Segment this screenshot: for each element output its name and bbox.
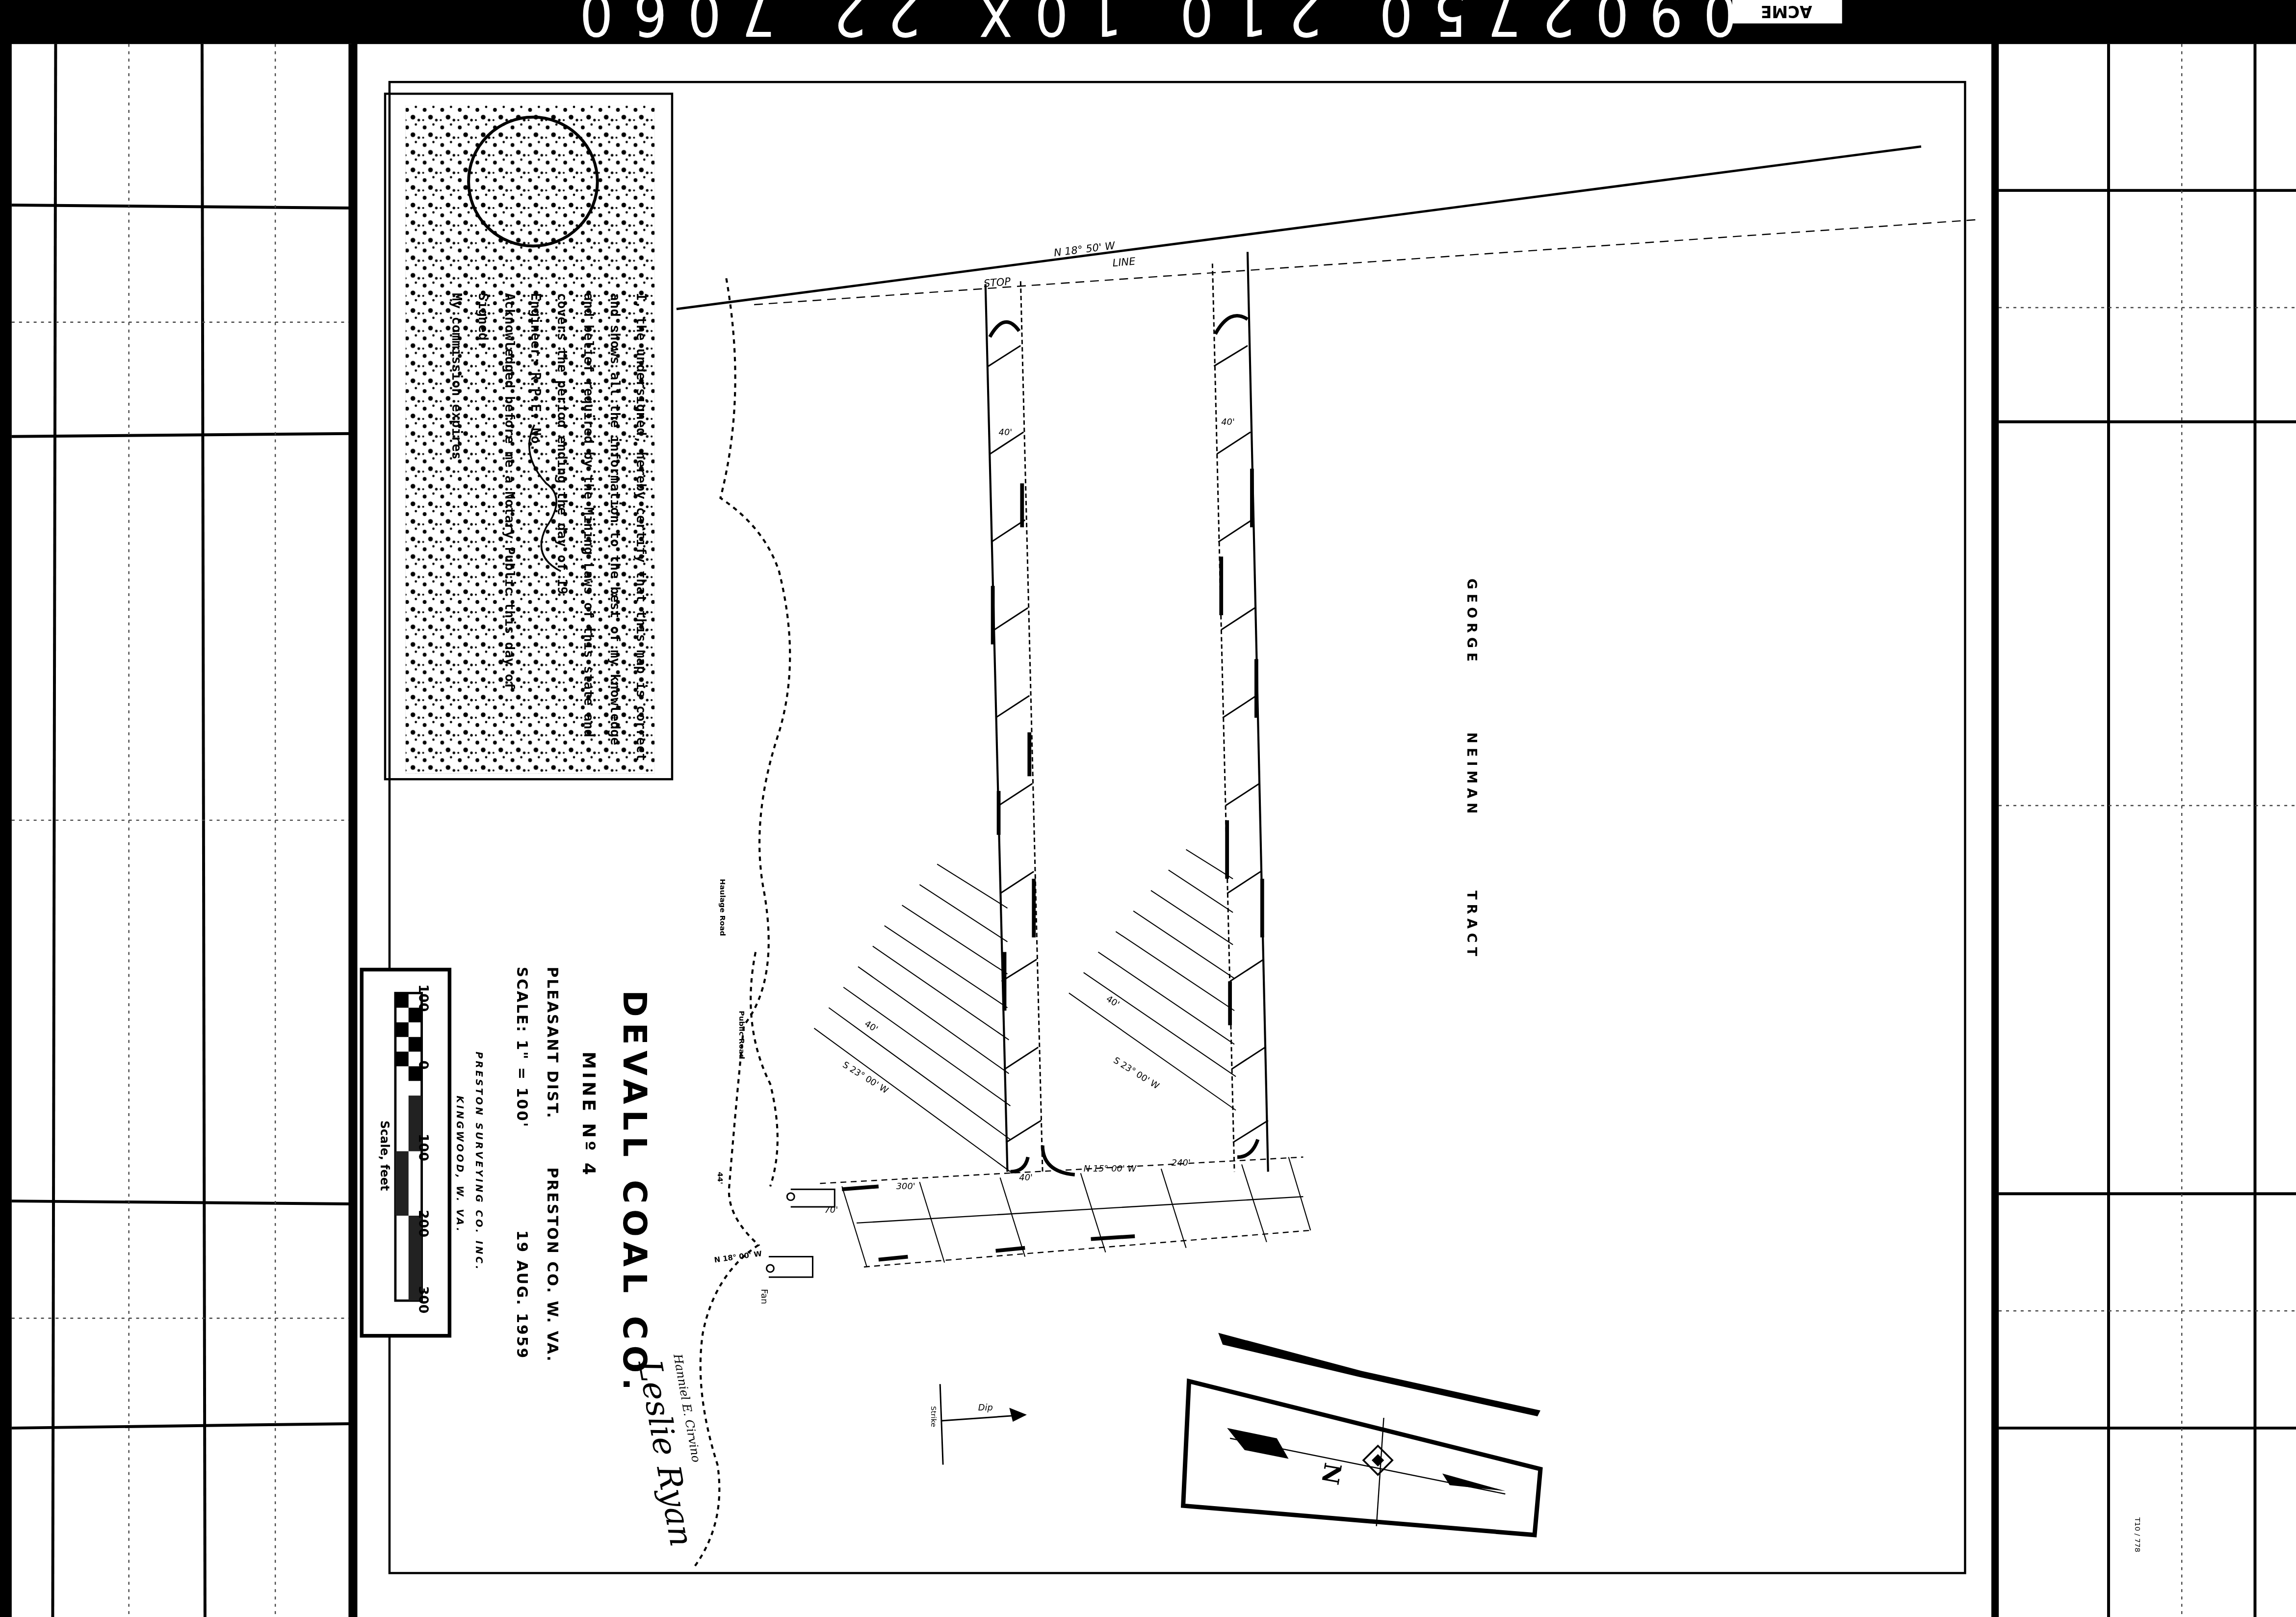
left-grid-paper: [12, 44, 351, 1617]
stop-label: STOP: [983, 275, 1011, 289]
reel-number: 0902750 210 10X 22 7060: [559, 0, 1737, 48]
fan-label: Fan: [759, 1289, 769, 1304]
cert-line-2: and shows all the information to the bes…: [607, 293, 623, 745]
tract-word-george: GEORGE: [1464, 578, 1479, 666]
certificate-block: I, the undersigned, hereby certify that …: [385, 94, 672, 779]
cert-line-7: Signed:: [475, 293, 491, 348]
dip-label: Dip: [978, 1403, 993, 1413]
surveyor-name: PRESTON SURVEYING CO. INC.: [473, 1052, 485, 1272]
scale-tick-200: 200: [416, 1210, 431, 1237]
surveyor-location: KINGWOOD, W. VA.: [454, 1095, 466, 1233]
dim-40-mid: 40': [1019, 1173, 1033, 1183]
film-header: 0902750 210 10X 22 7060 ACME: [0, 0, 2296, 48]
cert-line-8: My commission expires: [449, 293, 464, 460]
mine-number: MINE Nº 4: [578, 1052, 599, 1178]
road-label-public: Public Road: [737, 1011, 746, 1059]
bearing-bottom: N 15° 00' W: [1084, 1164, 1137, 1174]
scale-bar: 100 0 100 200 300 Scale, feet: [362, 969, 449, 1335]
tract-label: GEORGE NEIMAN TRACT: [1464, 578, 1479, 961]
film-edge-right: [1991, 44, 1999, 1617]
cert-line-4: covers the period ending the day of 19: [554, 293, 570, 595]
cert-line-1: I, the undersigned, hereby certify that …: [633, 293, 649, 761]
tract-word-tract: TRACT: [1464, 890, 1479, 961]
tract-word-neiman: NEIMAN: [1464, 732, 1479, 818]
road-label-haulage: Haulage Road: [718, 879, 727, 936]
district: PLEASANT DIST.: [544, 966, 561, 1119]
dim-240: 240': [1172, 1158, 1191, 1168]
scale-tick-0: 0: [416, 1061, 431, 1070]
cert-line-6: Acknowledged before me a Notary Public t…: [502, 293, 517, 690]
right-entry-width: 40': [1221, 417, 1235, 427]
film-tag-label: ACME: [1761, 2, 1812, 21]
sheet-reference: T10 / 778: [2133, 1517, 2142, 1552]
dim-44: 44': [716, 1172, 725, 1184]
map-scale: SCALE: 1" = 100': [513, 966, 530, 1128]
scale-tick-100: 100: [416, 1134, 431, 1161]
company-name: DEVALL COAL CO.: [616, 990, 653, 1396]
line-label: LINE: [1112, 255, 1136, 269]
survey-date: 19 AUG. 1959: [513, 1230, 530, 1359]
scale-tick-300: 300: [416, 1286, 431, 1313]
scale-tick-neg100: 100: [416, 984, 431, 1012]
north-letter: N: [1316, 1461, 1347, 1487]
county-state: PRESTON CO. W. VA.: [544, 1167, 561, 1362]
cert-line-5: Engineer: R.P.E. No.: [528, 293, 543, 451]
left-entry-width: 40': [999, 427, 1013, 438]
microfilm-frame: 0902750 210 10X 22 7060 ACME I, the unde…: [0, 0, 2296, 1617]
scale-unit-label: Scale, feet: [378, 1121, 391, 1191]
cert-line-3: and belief required by the Mining Laws o…: [581, 293, 596, 737]
dim-300: 300': [896, 1181, 915, 1192]
film-edge-left: [348, 44, 357, 1617]
strike-label: Strike: [929, 1406, 938, 1427]
right-grid-paper: [1999, 44, 2296, 1617]
